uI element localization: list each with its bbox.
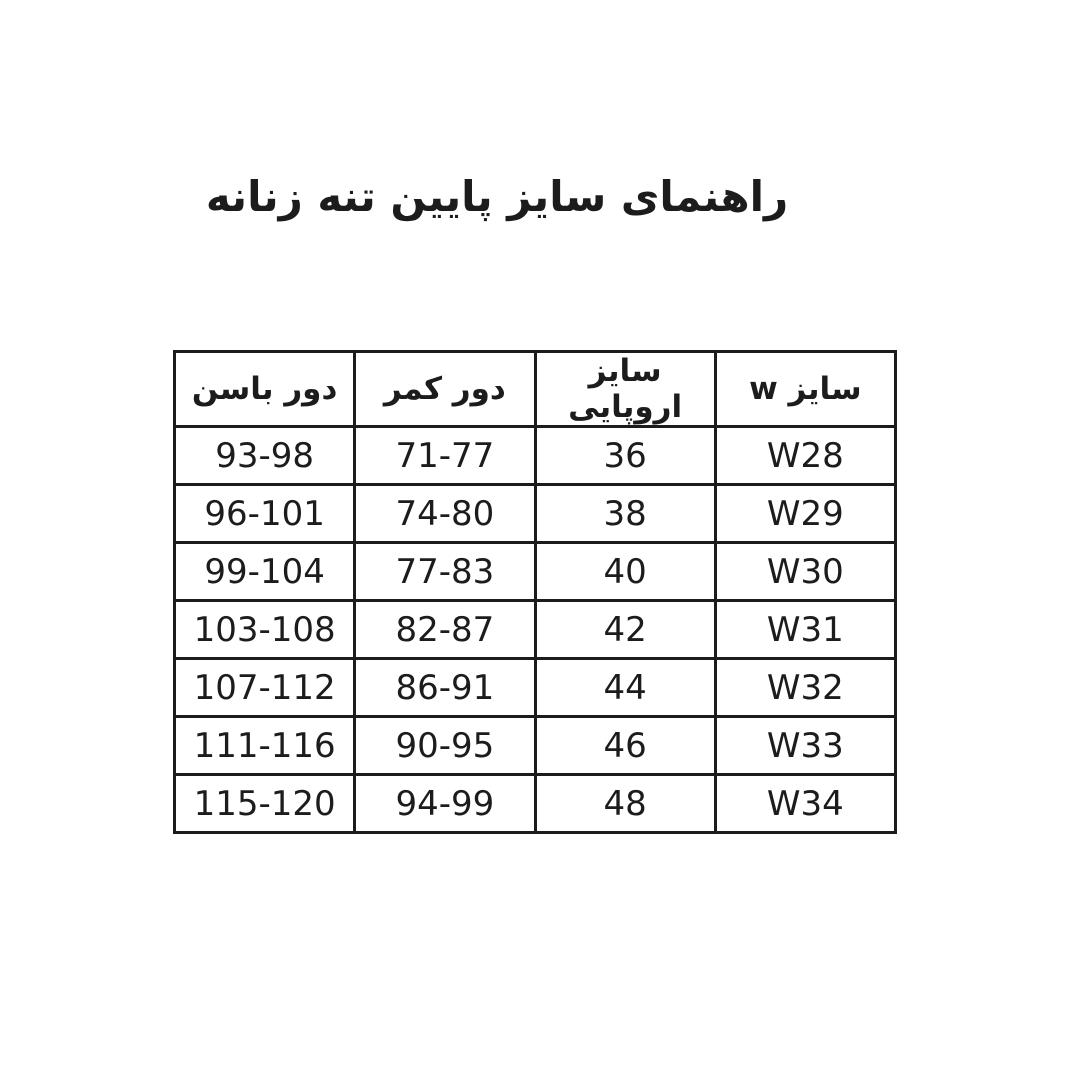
table-cell: W34 (715, 775, 895, 833)
table-cell: 99-104 (175, 543, 355, 601)
column-header: دور باسن (175, 352, 355, 427)
table-cell: 74-80 (355, 485, 535, 543)
table-row: W304077-8399-104 (175, 543, 896, 601)
column-header: سایز w (715, 352, 895, 427)
table-cell: W31 (715, 601, 895, 659)
table-cell: W28 (715, 427, 895, 485)
table-cell: 44 (535, 659, 715, 717)
size-guide-page: راهنمای سایز پایین تنه زنانه سایز wسایز … (0, 0, 1080, 1080)
table-cell: 86-91 (355, 659, 535, 717)
table-body: W283671-7793-98W293874-8096-101W304077-8… (175, 427, 896, 833)
table-row: W334690-95111-116 (175, 717, 896, 775)
table-cell: 90-95 (355, 717, 535, 775)
table-cell: 82-87 (355, 601, 535, 659)
table-cell: 38 (535, 485, 715, 543)
column-header: سایز اروپایی (535, 352, 715, 427)
table-row: W293874-8096-101 (175, 485, 896, 543)
size-guide-table: سایز wسایز اروپاییدور کمردور باسن W28367… (173, 350, 897, 834)
table-row: W283671-7793-98 (175, 427, 896, 485)
table-cell: 48 (535, 775, 715, 833)
table-cell: W32 (715, 659, 895, 717)
table-cell: 103-108 (175, 601, 355, 659)
table-header: سایز wسایز اروپاییدور کمردور باسن (175, 352, 896, 427)
table-cell: 40 (535, 543, 715, 601)
table-cell: W30 (715, 543, 895, 601)
table-row: W344894-99115-120 (175, 775, 896, 833)
table-header-row: سایز wسایز اروپاییدور کمردور باسن (175, 352, 896, 427)
table-cell: 94-99 (355, 775, 535, 833)
table-cell: W29 (715, 485, 895, 543)
column-header: دور کمر (355, 352, 535, 427)
table-cell: 36 (535, 427, 715, 485)
table-cell: 42 (535, 601, 715, 659)
table-cell: 46 (535, 717, 715, 775)
table-cell: 93-98 (175, 427, 355, 485)
table-cell: W33 (715, 717, 895, 775)
table-cell: 77-83 (355, 543, 535, 601)
table-row: W314282-87103-108 (175, 601, 896, 659)
table-cell: 96-101 (175, 485, 355, 543)
table-cell: 107-112 (175, 659, 355, 717)
table-row: W324486-91107-112 (175, 659, 896, 717)
table-cell: 115-120 (175, 775, 355, 833)
table-cell: 111-116 (175, 717, 355, 775)
table-cell: 71-77 (355, 427, 535, 485)
page-title: راهنمای سایز پایین تنه زنانه (0, 170, 994, 225)
